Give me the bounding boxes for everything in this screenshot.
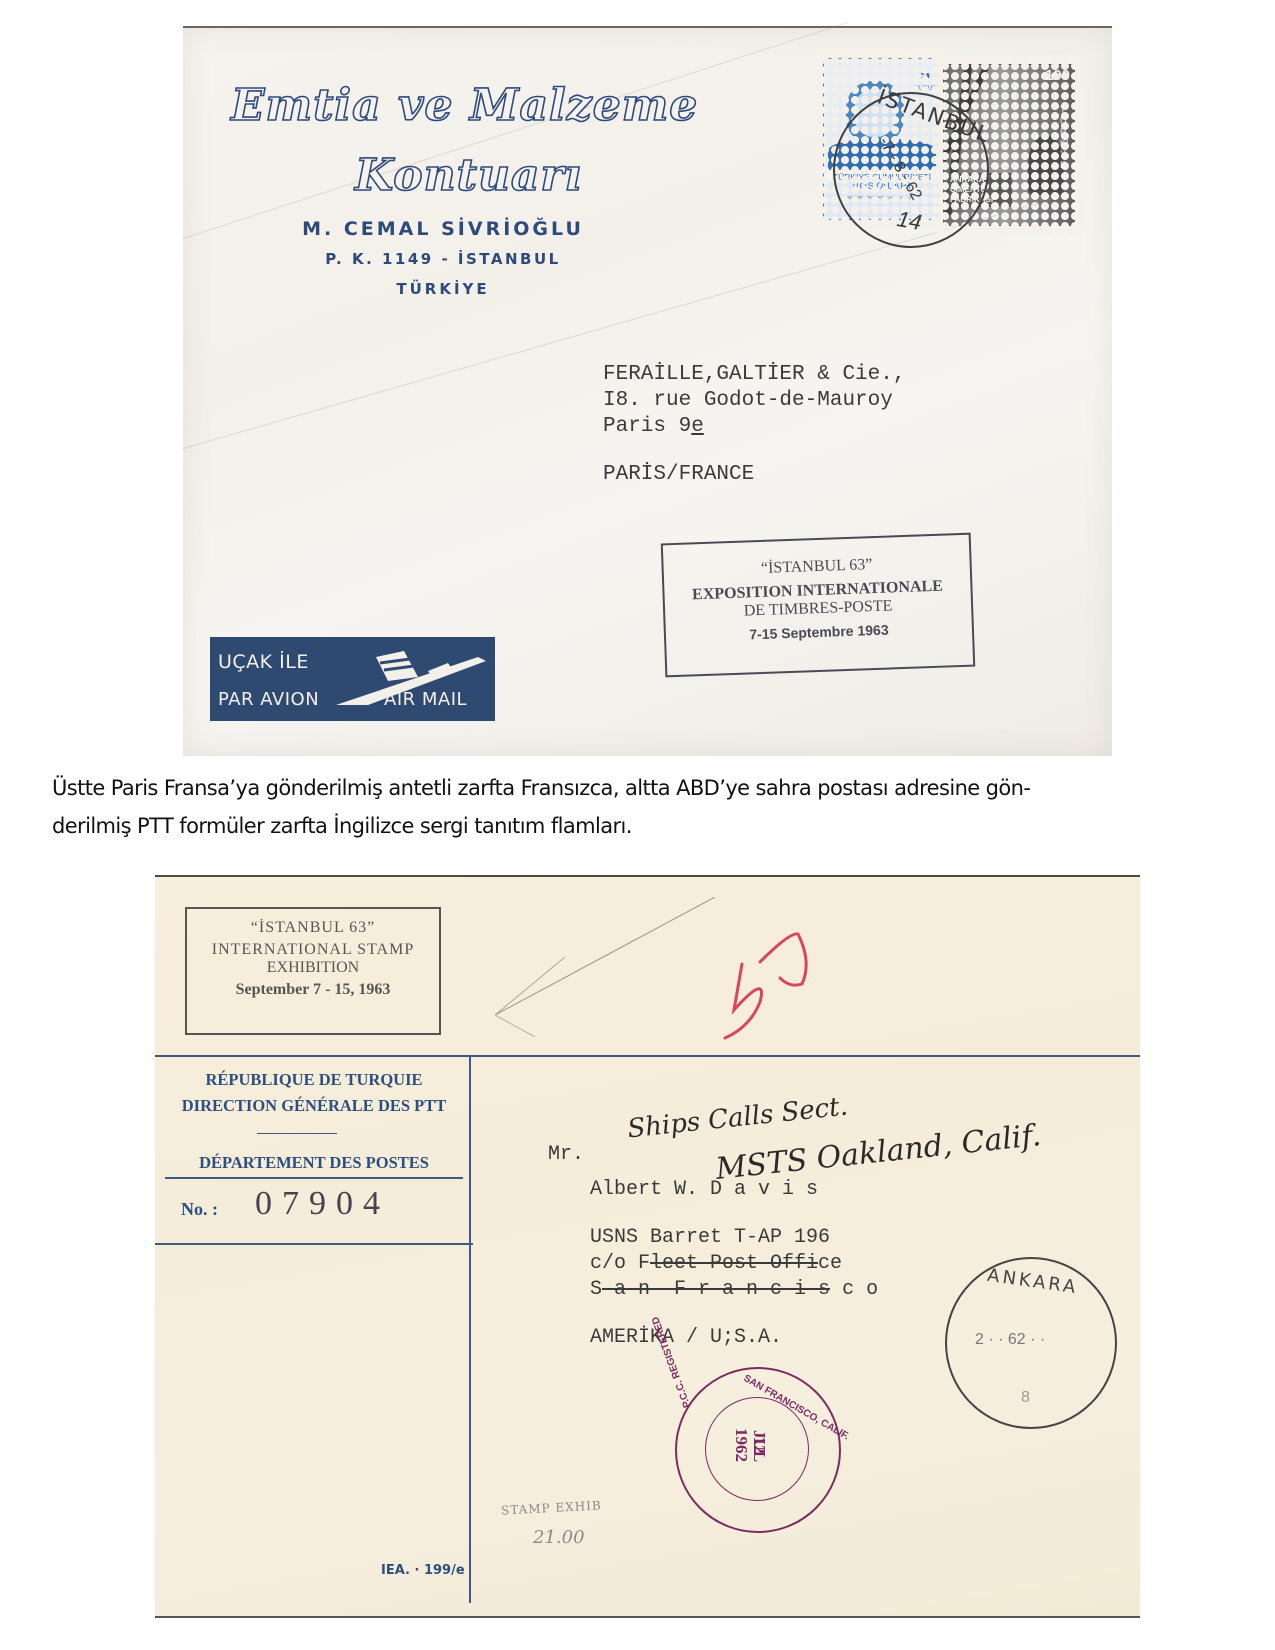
address-line1: USNS Barret T-AP 196 — [590, 1225, 878, 1251]
postmark-date: -7 - 8 - 62 — [875, 134, 925, 203]
address-line3-arrondissement: e — [691, 415, 704, 438]
recipient-address: FERAİLLE,GALTİER & Cie., I8. rue Godot-d… — [603, 362, 905, 488]
postmark-city: ANKARA — [986, 1265, 1080, 1299]
letterhead-title-line2: Kontuarı — [355, 150, 582, 201]
sender-country: TÜRKİYE — [243, 280, 643, 298]
address-line3-city: Paris 9 — [603, 415, 691, 438]
ptt-department: DÉPARTEMENT DES POSTES — [155, 1153, 473, 1173]
red-crayon-mark-icon — [720, 922, 820, 1042]
istanbul-postmark: İSTANBUL -7 - 8 - 62 14 — [833, 92, 989, 248]
address-line2-kept: c/o F — [590, 1252, 650, 1275]
address-line1: FERAİLLE,GALTİER & Cie., — [603, 362, 905, 388]
airmail-label-par-avion: PAR AVION — [218, 689, 319, 710]
address-line2: I8. rue Godot-de-Mauroy — [603, 388, 905, 414]
form-rule-dept — [165, 1177, 463, 1179]
stamp-vertical-country: TÜRKİYE — [1060, 105, 1071, 171]
exhibition-cachet-french: “İSTANBUL 63” EXPOSITION INTERNATIONALE … — [661, 533, 975, 678]
number-label: No. : — [181, 1199, 218, 1220]
postmark-date: 2 · · 62 · · — [975, 1331, 1045, 1349]
address-line3-end: c o — [830, 1278, 878, 1301]
handwritten-redirect-line1: Ships Calls Sect. — [626, 1092, 849, 1145]
exhibition-cachet-english: “İSTANBUL 63” INTERNATIONAL STAMP EXHIBI… — [185, 907, 441, 1035]
postmark-day: 12 — [749, 1385, 769, 1505]
address-line4: AMERİKA / U;S.A. — [590, 1325, 878, 1351]
form-divider-vertical — [469, 1055, 471, 1603]
airmail-label: UÇAK İLE PAR AVION AIR MAIL — [210, 637, 495, 721]
caption-line1: Üstte Paris Fransa’ya gönderilmiş antetl… — [52, 776, 1030, 800]
letterhead-title-line1: Emtia ve Malzeme — [231, 80, 698, 131]
recipient-address: Albert W. D a v i s USNS Barret T-AP 196… — [590, 1177, 878, 1351]
serial-number: 07904 — [255, 1185, 390, 1223]
pencil-marks — [495, 897, 755, 1037]
cachet-line2: INTERNATIONAL STAMP — [187, 941, 439, 959]
san-francisco-registered-postmark: JUL 12 1962 SAN FRANCISCO, CALIF. P.C.C.… — [675, 1367, 841, 1533]
ptt-header-line1: RÉPUBLIQUE DE TURQUIE — [155, 1067, 473, 1093]
caption-line2: derilmiş PTT formüler zarfta İngilizce s… — [52, 814, 632, 838]
ankara-postmark: ANKARA 2 · · 62 · · 8 — [945, 1257, 1117, 1429]
sender-po-box: P. K. 1149 - İSTANBUL — [243, 250, 643, 268]
address-line3: S a n F r a n c i s c o — [590, 1277, 878, 1303]
address-line4: PARİS/FRANCE — [603, 462, 905, 488]
bottom-envelope: “İSTANBUL 63” INTERNATIONAL STAMP EXHIBI… — [155, 875, 1140, 1618]
ptt-header: RÉPUBLIQUE DE TURQUIE DIRECTION GÉNÉRALE… — [155, 1067, 473, 1119]
pencil-note-line2: 21.00 — [533, 1527, 585, 1548]
stamp-denomination: 5 — [921, 65, 930, 85]
address-name: Albert W. D a v i s — [590, 1177, 878, 1203]
address-line2-end: ce — [818, 1252, 842, 1275]
kiln-icon — [1028, 135, 1064, 195]
cachet-line4: 7-15 Septembre 1963 — [666, 619, 972, 646]
form-rule-left-bottom — [155, 1243, 473, 1245]
postmark-number: 8 — [1021, 1389, 1030, 1407]
cachet-line4: September 7 - 15, 1963 — [187, 981, 439, 999]
cachet-line1: “İSTANBUL 63” — [187, 919, 439, 937]
airplane-icon — [328, 647, 488, 709]
address-line2-struck: leet Post Offi — [650, 1252, 818, 1275]
stamp-unit: KURUŞ — [915, 86, 936, 92]
sender-name: M. CEMAL SİVRİOĞLU — [243, 218, 643, 240]
address-line3-kept: S — [590, 1278, 602, 1301]
postmark-year: 1962 — [731, 1385, 751, 1505]
stamp-denomination: 100 — [1045, 67, 1070, 84]
salutation: Mr. — [548, 1143, 584, 1166]
postmark-number: 14 — [895, 206, 924, 236]
address-line3: Paris 9e — [603, 414, 905, 440]
form-code: IEA. · 199/e — [381, 1563, 465, 1578]
airmail-label-line1: UÇAK İLE — [218, 651, 309, 673]
address-line2: c/o Fleet Post Office — [590, 1251, 878, 1277]
cachet-line1: “İSTANBUL 63” — [663, 553, 969, 582]
form-rule-top — [155, 1055, 1140, 1057]
pencil-note-line1: STAMP EXHIB — [501, 1498, 602, 1517]
form-short-rule — [257, 1133, 337, 1134]
cachet-line3: EXHIBITION — [187, 959, 439, 977]
address-line3-struck: a n F r a n c i s — [602, 1278, 830, 1301]
ptt-header-line2: DIRECTION GÉNÉRALE DES PTT — [155, 1093, 473, 1119]
